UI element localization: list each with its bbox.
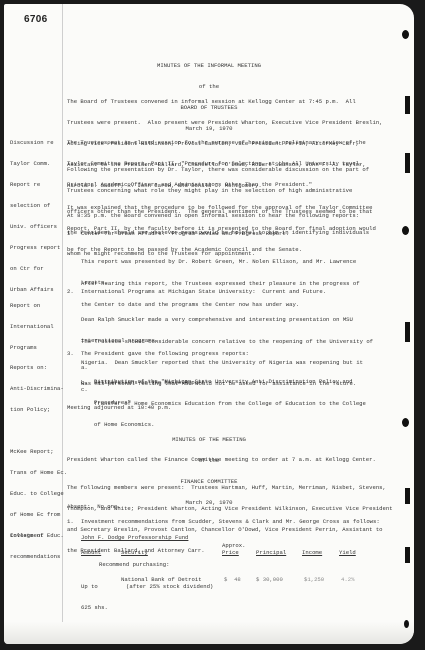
scan-mark <box>405 153 410 173</box>
investment-number: 1. <box>67 518 74 525</box>
margin-note-taylor: Discussion re Taylor Comm. Report re sel… <box>10 125 65 244</box>
subitem-b-letter: b. <box>81 379 88 386</box>
absent-text: Absent: No one. <box>67 503 121 510</box>
row-security: National Bank of Detroit <box>121 576 202 583</box>
investment-title: Investment recommendations from Scudder,… <box>81 518 380 525</box>
header-security: Security <box>121 549 148 556</box>
subitem-b-text: Deliberations on the McKee Report <box>94 379 205 386</box>
item-1-title: Center for Urban Affairs: Program Review… <box>81 230 289 237</box>
punch-hole <box>402 30 409 39</box>
header-amount: Amount <box>81 549 101 556</box>
page-number: 6706 <box>24 14 47 25</box>
header-principal: Principal <box>256 549 286 556</box>
row-price: $ 48 <box>224 576 241 583</box>
margin-note-investment: Investment recommendations <box>10 518 65 574</box>
punch-hole <box>402 418 409 427</box>
header-yield: Yield <box>339 549 356 556</box>
item-1-number: 1. <box>67 230 74 237</box>
header-price-top: Approx. <box>222 542 246 549</box>
subitem-a-letter: a. <box>81 364 88 371</box>
item-3-title: The President gave the following progres… <box>81 350 249 357</box>
scan-mark <box>405 547 410 563</box>
document-page: 6706 MINUTES OF THE INFORMAL MEETING of … <box>4 4 414 644</box>
adjourned-text: Meeting adjourned at 10:40 p.m. <box>67 404 171 411</box>
row-principal: $ 30,000 <box>256 576 283 583</box>
item-2-number: 2. <box>67 288 74 295</box>
row-amount: 625 shs. <box>81 604 108 611</box>
scan-mark <box>405 488 410 504</box>
punch-hole <box>404 620 409 628</box>
recommend-label: Recommend purchasing: <box>99 561 170 568</box>
punch-hole <box>402 226 409 235</box>
item-2-title: International Programs at Michigan State… <box>81 288 326 295</box>
fund-name: John F. Dodge Professorship Fund <box>81 534 188 541</box>
open-session-paragraph: At 8:35 p.m. the Board convened in open … <box>67 212 359 219</box>
scan-mark <box>405 322 410 342</box>
row-yield: 4.2% <box>341 576 354 583</box>
item-3-number: 3. <box>67 350 74 357</box>
subitem-c-letter: c. <box>81 386 88 393</box>
heading-line: MINUTES OF THE INFORMAL MEETING <box>4 62 414 69</box>
header-price: Price <box>222 549 239 556</box>
scan-shadow <box>4 622 414 644</box>
row-security-note: (after 25% stock dividend) <box>126 583 213 590</box>
table-row: Up to 625 shs. <box>81 569 108 625</box>
row-income: $1,250 <box>304 576 324 583</box>
header-income: Income <box>302 549 322 556</box>
row-amount-top: Up to <box>81 583 108 590</box>
call-to-order-text: President Wharton called the Finance Com… <box>67 456 376 463</box>
scan-mark <box>405 96 410 114</box>
heading-line: MINUTES OF THE MEETING <box>4 436 414 443</box>
